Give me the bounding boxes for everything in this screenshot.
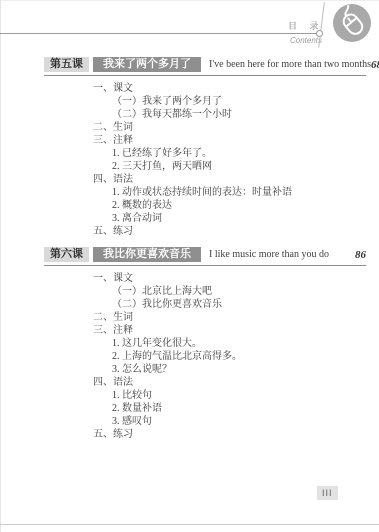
lesson-header: 第五课 我来了两个多月了 I've been here for more tha… <box>44 57 366 76</box>
lesson-block: 第六课 我比你更喜欢音乐 I like music more than you … <box>0 247 379 441</box>
toc-item: 一、课文 <box>93 272 379 285</box>
lesson-title-cn: 我来了两个多月了 <box>93 57 201 72</box>
toc-item: 2. 数量补语 <box>112 402 379 415</box>
lesson-items: 一、课文（一）北京比上海大吧（二）我比你更喜欢音乐二、生词三、注释1. 这几年变… <box>0 266 379 441</box>
toc-item: 五、练习 <box>93 428 379 441</box>
toc-item: （一）北京比上海大吧 <box>112 285 379 298</box>
toc-item: 1. 已经练了好多年了。 <box>112 147 379 160</box>
toc-item: 一、课文 <box>93 82 379 95</box>
header-line-node <box>316 30 323 37</box>
lesson-page-number: 86 <box>355 249 366 261</box>
toc-page: 目 录 Contents 第五课 我来了两个多月了 I've been here… <box>0 0 379 532</box>
toc-item: 2. 概数的表达 <box>112 199 379 212</box>
page-bottom-edge <box>0 524 379 525</box>
header-rule <box>0 33 322 34</box>
lesson-number-badge: 第五课 <box>44 57 89 72</box>
toc-item: 二、生词 <box>93 311 379 324</box>
toc-item: （二）我比你更喜欢音乐 <box>112 298 379 311</box>
folio-page-number: III <box>317 486 338 500</box>
toc-item: 2. 三天打鱼，两天晒网 <box>112 160 379 173</box>
lesson-block: 第五课 我来了两个多月了 I've been here for more tha… <box>0 57 379 238</box>
toc-item: 3. 感叹句 <box>112 415 379 428</box>
toc-item: 二、生词 <box>93 121 379 134</box>
toc-item: 1. 这几年变化很大。 <box>112 337 379 350</box>
page-title-english: Contents <box>290 36 322 45</box>
lesson-number-badge: 第六课 <box>44 247 89 262</box>
lesson-title-cn: 我比你更喜欢音乐 <box>93 247 201 262</box>
lesson-page-number: 68 <box>371 59 379 71</box>
mouse-icon <box>333 4 371 42</box>
toc-item: 四、语法 <box>93 173 379 186</box>
toc-item: 五、练习 <box>93 225 379 238</box>
toc-item: （二）我每天都练一个小时 <box>112 108 379 121</box>
lesson-title-english: I like music more than you do <box>209 249 329 260</box>
toc-item: 三、注释 <box>93 134 379 147</box>
toc-item: 1. 比较句 <box>112 389 379 402</box>
lesson-header: 第六课 我比你更喜欢音乐 I like music more than you … <box>44 247 366 266</box>
toc-item: 2. 上海的气温比北京高得多。 <box>112 350 379 363</box>
toc-item: 1. 动作或状态持续时间的表达：时量补语 <box>112 186 379 199</box>
toc-item: 3. 怎么说呢？ <box>112 363 379 376</box>
toc-item: 3. 离合动词 <box>112 212 379 225</box>
toc-item: 三、注释 <box>93 324 379 337</box>
lesson-items: 一、课文（一）我来了两个多月了（二）我每天都练一个小时二、生词三、注释1. 已经… <box>0 76 379 238</box>
toc-item: （一）我来了两个多月了 <box>112 95 379 108</box>
lessons: 第五课 我来了两个多月了 I've been here for more tha… <box>0 57 379 450</box>
lesson-title-english: I've been here for more than two months <box>209 59 371 70</box>
toc-item: 四、语法 <box>93 376 379 389</box>
